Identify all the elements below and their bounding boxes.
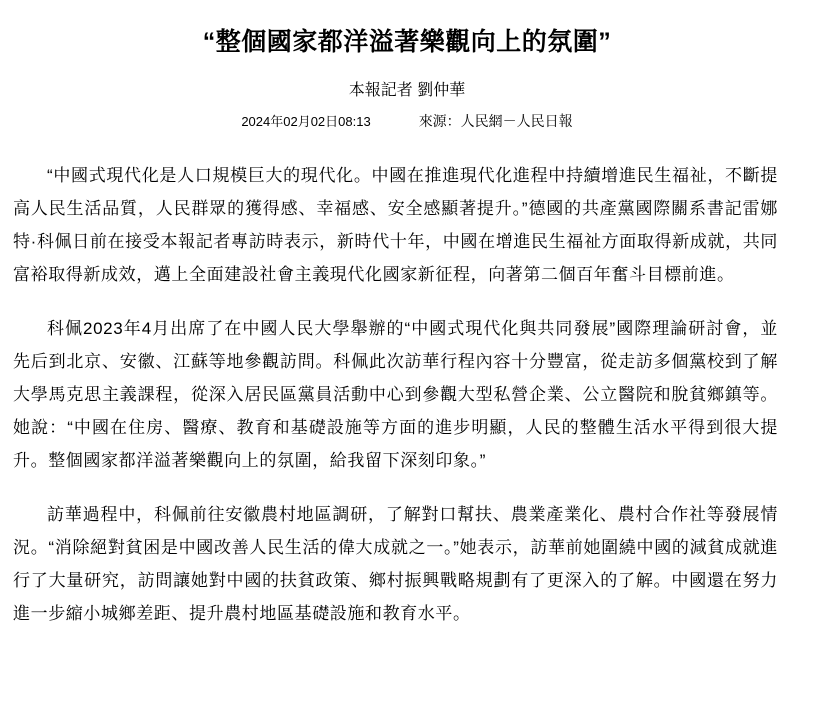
publish-datetime: 2024年02月02日08:13 [241, 114, 370, 129]
article-paragraph-3: 訪華過程中，科佩前往安徽農村地區調研，了解對口幫扶、農業產業化、農村合作社等發展… [13, 498, 778, 630]
article-paragraph-1: “中國式現代化是人口規模巨大的現代化。中國在推進現代化進程中持續增進民生福祉，不… [13, 159, 778, 291]
article-page: “整個國家都洋溢著樂觀向上的氛圍” 本報記者 劉仲華 2024年02月02日08… [0, 27, 814, 630]
article-source: 來源：人民網－人民日報 [419, 113, 573, 129]
article-byline: 本報記者 劉仲華 [0, 82, 814, 100]
article-meta-row: 2024年02月02日08:13來源：人民網－人民日報 [0, 113, 814, 130]
article-body: “中國式現代化是人口規模巨大的現代化。中國在推進現代化進程中持續增進民生福祉，不… [13, 159, 778, 630]
article-paragraph-2: 科佩2023年4月出席了在中國人民大學舉辦的“中國式現代化與共同發展”國際理論研… [13, 312, 778, 477]
article-title: “整個國家都洋溢著樂觀向上的氛圍” [40, 27, 774, 57]
